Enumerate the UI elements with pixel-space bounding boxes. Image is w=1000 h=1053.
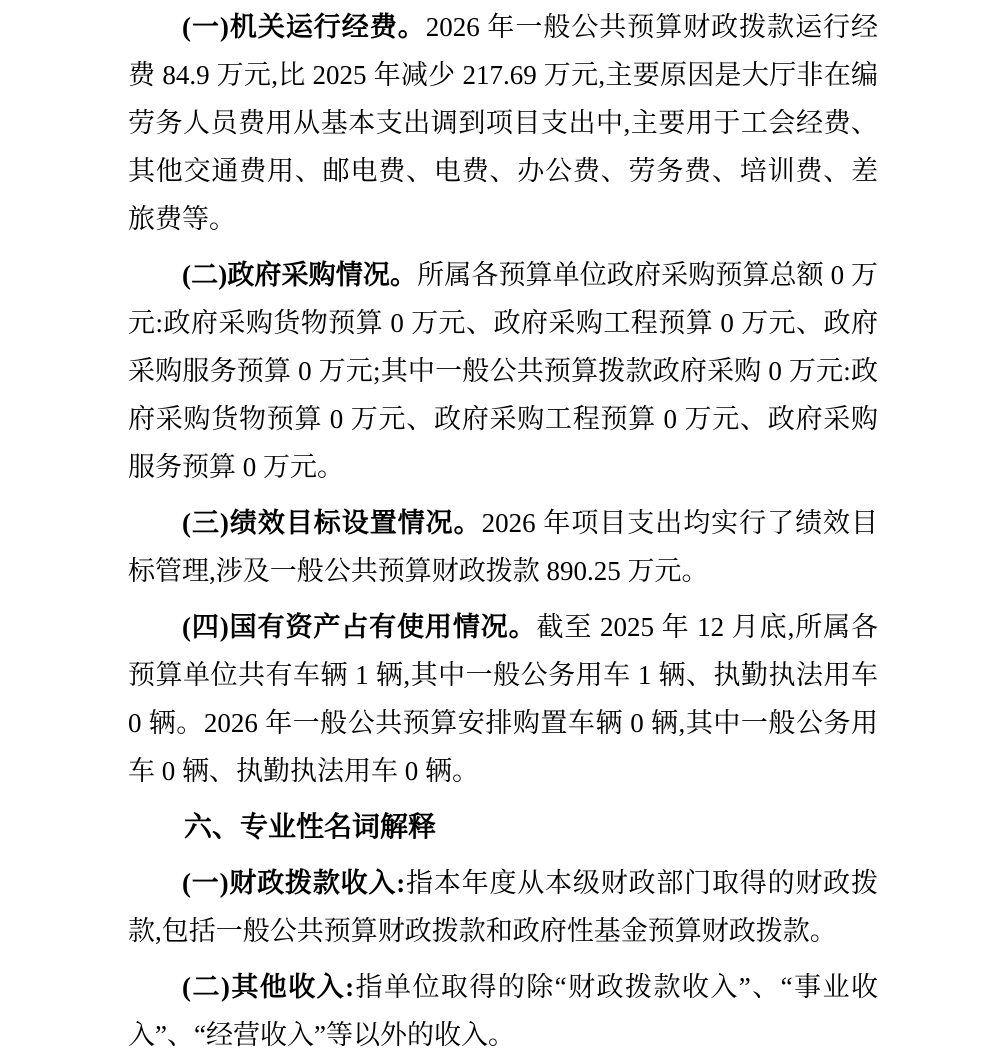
paragraph-term-fiscal-appropriation-lead: (一)财政拨款收入: — [182, 868, 405, 898]
paragraph-operating-expenses: (一)机关运行经费。2026 年一般公共预算财政拨款运行经费 84.9 万元,比… — [128, 3, 878, 243]
paragraph-performance-targets: (三)绩效目标设置情况。2026 年项目支出均实行了绩效目标管理,涉及一般公共预… — [128, 499, 878, 595]
paragraph-government-procurement: (二)政府采购情况。所属各预算单位政府采购预算总额 0 万元:政府采购货物预算 … — [128, 251, 878, 491]
paragraph-performance-targets-lead: (三)绩效目标设置情况。 — [182, 508, 482, 538]
paragraph-term-other-income: (二)其他收入:指单位取得的除“财政拨款收入”、“事业收入”、“经营收入”等以外… — [128, 963, 878, 1053]
paragraph-state-assets: (四)国有资产占有使用情况。截至 2025 年 12 月底,所属各预算单位共有车… — [128, 603, 878, 795]
paragraph-government-procurement-lead: (二)政府采购情况。 — [182, 260, 417, 290]
paragraph-state-assets-lead: (四)国有资产占有使用情况。 — [182, 612, 537, 642]
paragraph-government-procurement-text: 所属各预算单位政府采购预算总额 0 万元:政府采购货物预算 0 万元、政府采购工… — [128, 260, 878, 482]
section-heading-terms: 六、专业性名词解释 — [128, 803, 878, 851]
paragraph-operating-expenses-text: 2026 年一般公共预算财政拨款运行经费 84.9 万元,比 2025 年减少 … — [128, 12, 878, 234]
paragraph-operating-expenses-lead: (一)机关运行经费。 — [182, 12, 426, 42]
document-page: (一)机关运行经费。2026 年一般公共预算财政拨款运行经费 84.9 万元,比… — [0, 0, 1000, 1053]
paragraph-term-fiscal-appropriation: (一)财政拨款收入:指本年度从本级财政部门取得的财政拨款,包括一般公共预算财政拨… — [128, 859, 878, 955]
paragraph-term-other-income-lead: (二)其他收入: — [182, 972, 354, 1002]
